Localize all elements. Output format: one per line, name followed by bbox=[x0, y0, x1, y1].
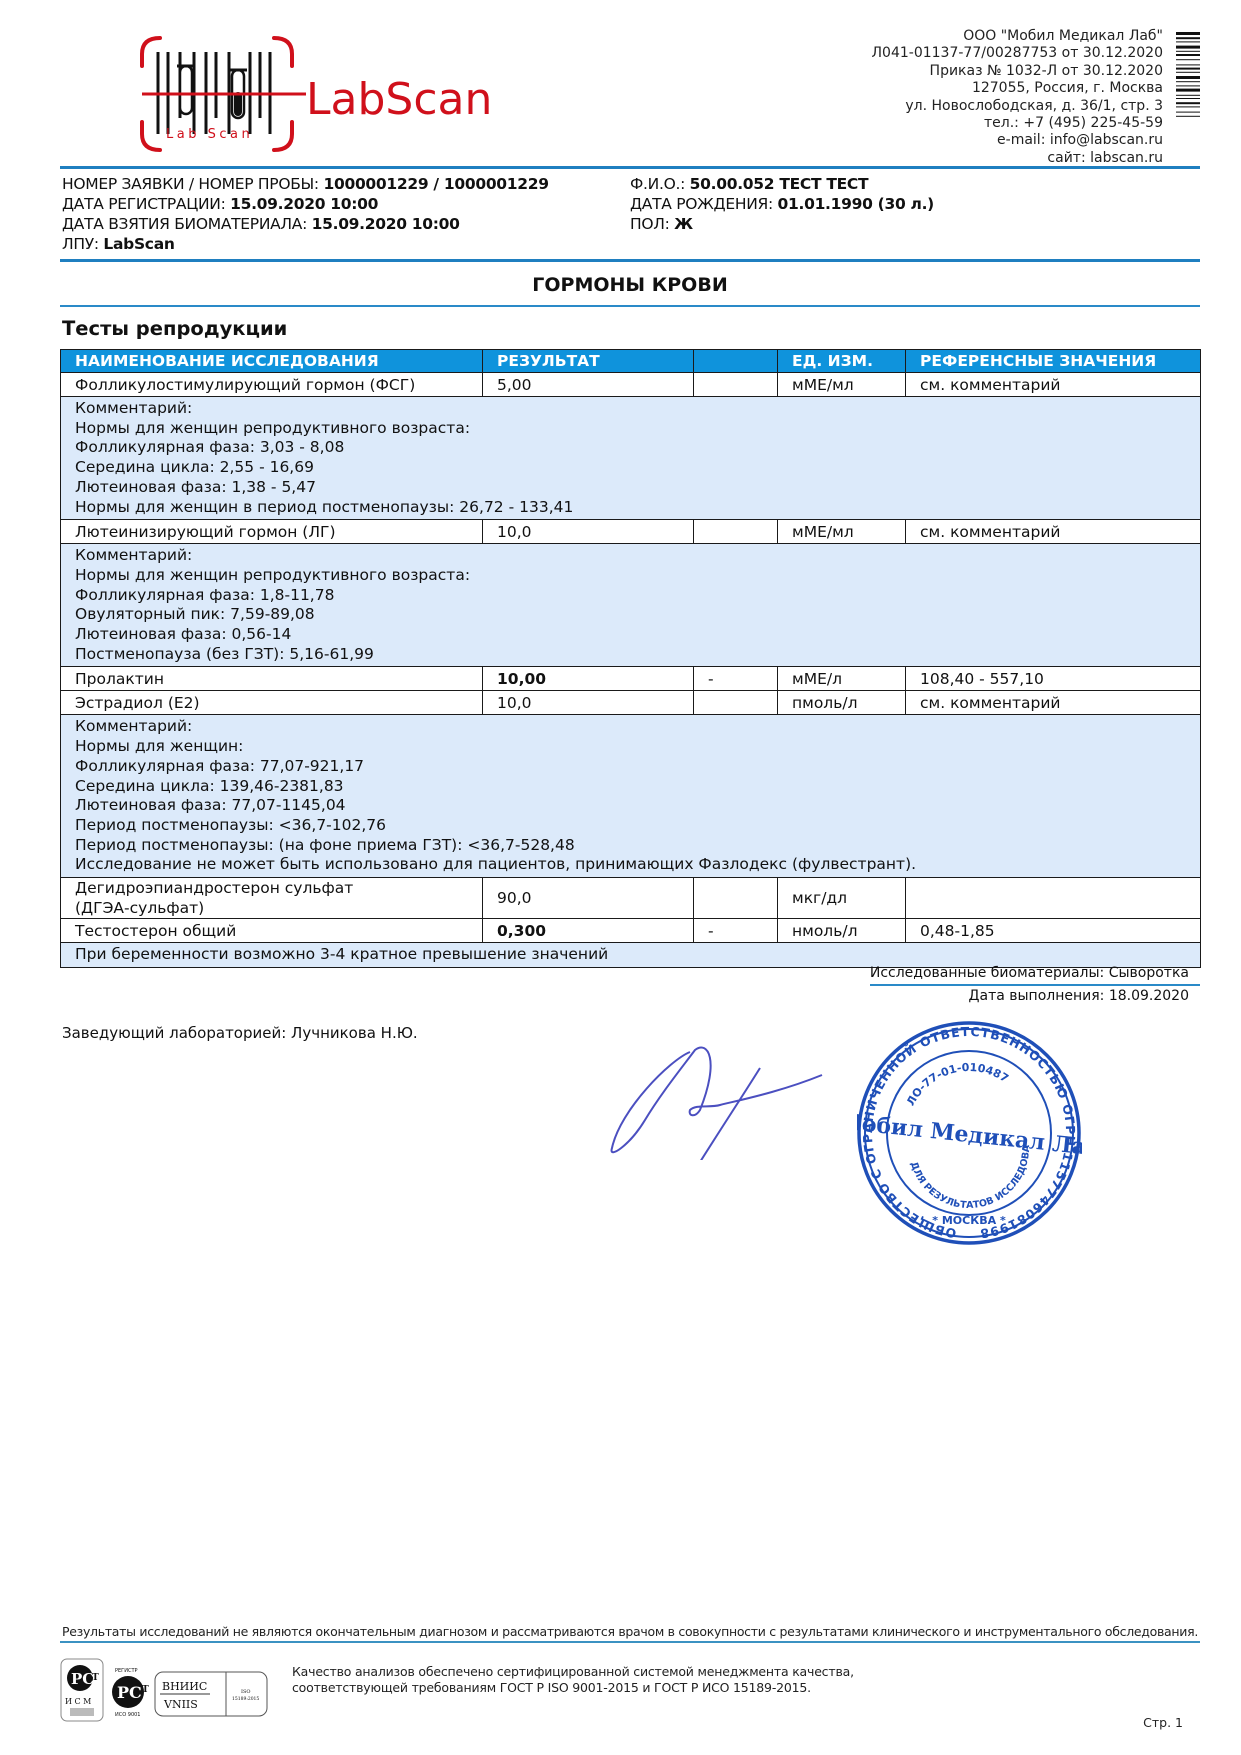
org-order: Приказ № 1032-Л от 30.12.2020 bbox=[872, 63, 1163, 80]
comment-line: Комментарий: bbox=[75, 399, 1200, 419]
patient-name-row: Ф.И.О.: 50.00.052 ТЕСТ ТЕСТ bbox=[630, 174, 934, 194]
section-title: ГОРМОНЫ КРОВИ bbox=[60, 274, 1200, 296]
comment-row: При беременности возможно 3-4 кратное пр… bbox=[61, 943, 1201, 968]
barcode-icon bbox=[1176, 32, 1200, 160]
comment-line: Лютеиновая фаза: 0,56-14 bbox=[75, 625, 1200, 645]
comment-line: Фолликулярная фаза: 3,03 - 8,08 bbox=[75, 438, 1200, 458]
org-license: Л041-01137-77/00287753 от 30.12.2020 bbox=[872, 45, 1163, 62]
registration-date-row: ДАТА РЕГИСТРАЦИИ: 15.09.2020 10:00 bbox=[62, 194, 549, 214]
results-body: Фолликулостимулирующий гормон (ФСГ)5,00м… bbox=[61, 373, 1201, 968]
svg-text:ВНИИС: ВНИИС bbox=[162, 1680, 207, 1693]
unit-cell: мкг/дл bbox=[778, 878, 906, 919]
comment-line: Комментарий: bbox=[75, 717, 1200, 737]
result-cell: 10,0 bbox=[483, 691, 694, 715]
meta-divider bbox=[60, 259, 1200, 262]
test-name-cell: Лютеинизирующий гормон (ЛГ) bbox=[61, 520, 483, 544]
gost-ism-icon: РС Т И С М bbox=[61, 1659, 103, 1721]
table-row: Эстрадиол (Е2)10,0пмоль/лсм. комментарий bbox=[61, 691, 1201, 715]
unit-cell: мМЕ/л bbox=[778, 667, 906, 691]
gost-registry-icon: РС Т РЕГИСТР ИСО 9001 bbox=[112, 1668, 149, 1718]
biomaterial-divider bbox=[870, 984, 1200, 986]
svg-text:РС: РС bbox=[71, 1670, 94, 1688]
org-email[interactable]: e-mail: info@labscan.ru bbox=[872, 132, 1163, 149]
col-header-reference: РЕФЕРЕНСНЫЕ ЗНАЧЕНИЯ bbox=[906, 350, 1201, 373]
svg-text:Т: Т bbox=[142, 1685, 149, 1695]
result-cell: 5,00 bbox=[483, 373, 694, 397]
stamp-icon: ОБЩЕСТВО С ОГРАНИЧЕННОЙ ОТВЕТСТВЕННОСТЬЮ… bbox=[857, 1018, 1082, 1248]
comment-line: Нормы для женщин репродуктивного возраст… bbox=[75, 419, 1200, 439]
svg-text:РС: РС bbox=[117, 1683, 142, 1702]
comment-line: Нормы для женщин: bbox=[75, 737, 1200, 757]
comment-cell: Комментарий:Нормы для женщин репродуктив… bbox=[61, 397, 1201, 520]
birth-date-row: ДАТА РОЖДЕНИЯ: 01.01.1990 (30 л.) bbox=[630, 194, 934, 214]
comment-line: Исследование не может быть использовано … bbox=[75, 855, 1200, 875]
comment-row: Комментарий:Нормы для женщин репродуктив… bbox=[61, 544, 1201, 667]
subsection-title: Тесты репродукции bbox=[62, 317, 287, 340]
test-name-cell: Тестостерон общий bbox=[61, 919, 483, 943]
results-table: НАИМЕНОВАНИЕ ИССЛЕДОВАНИЯ РЕЗУЛЬТАТ ЕД. … bbox=[60, 349, 1201, 968]
test-name-cell: Пролактин bbox=[61, 667, 483, 691]
table-row: Тестостерон общий0,300-нмоль/л0,48-1,85 bbox=[61, 919, 1201, 943]
comment-line: Период постменопаузы: (на фоне приема ГЗ… bbox=[75, 836, 1200, 856]
reference-cell bbox=[906, 878, 1201, 919]
comment-line: Нормы для женщин репродуктивного возраст… bbox=[75, 566, 1200, 586]
comment-line: Период постменопаузы: <36,7-102,76 bbox=[75, 816, 1200, 836]
comment-line: Нормы для женщин в период постменопаузы:… bbox=[75, 498, 1200, 518]
col-header-flag bbox=[694, 350, 778, 373]
biomaterial-note: Исследованные биоматериалы: Сыворотка bbox=[870, 965, 1189, 981]
header-divider bbox=[60, 166, 1200, 169]
comment-cell: При беременности возможно 3-4 кратное пр… bbox=[61, 943, 1201, 968]
comment-line: Середина цикла: 2,55 - 16,69 bbox=[75, 458, 1200, 478]
signature-icon bbox=[560, 1020, 830, 1160]
flag-cell bbox=[694, 520, 778, 544]
unit-cell: мМЕ/мл bbox=[778, 520, 906, 544]
col-header-name: НАИМЕНОВАНИЕ ИССЛЕДОВАНИЯ bbox=[61, 350, 483, 373]
org-name: ООО "Мобил Медикал Лаб" bbox=[872, 28, 1163, 45]
comment-line: Лютеиновая фаза: 1,38 - 5,47 bbox=[75, 478, 1200, 498]
head-of-lab: Заведующий лабораторией: Лучникова Н.Ю. bbox=[62, 1024, 418, 1042]
svg-text:И С М: И С М bbox=[65, 1697, 91, 1706]
comment-line: Комментарий: bbox=[75, 546, 1200, 566]
flag-cell bbox=[694, 691, 778, 715]
footer-divider bbox=[60, 1641, 1200, 1643]
table-row: Фолликулостимулирующий гормон (ФСГ)5,00м… bbox=[61, 373, 1201, 397]
svg-text:РЕГИСТР: РЕГИСТР bbox=[115, 1668, 138, 1674]
test-name-cell: Фолликулостимулирующий гормон (ФСГ) bbox=[61, 373, 483, 397]
section-divider bbox=[60, 305, 1200, 307]
comment-line: Фолликулярная фаза: 77,07-921,17 bbox=[75, 757, 1200, 777]
comment-row: Комментарий:Нормы для женщин:Фолликулярн… bbox=[61, 715, 1201, 878]
completion-date: Дата выполнения: 18.09.2020 bbox=[969, 988, 1189, 1004]
flag-cell: - bbox=[694, 667, 778, 691]
order-info: НОМЕР ЗАЯВКИ / НОМЕР ПРОБЫ: 1000001229 /… bbox=[62, 174, 549, 254]
col-header-result: РЕЗУЛЬТАТ bbox=[483, 350, 694, 373]
svg-text:LabScan: LabScan bbox=[306, 74, 492, 125]
comment-cell: Комментарий:Нормы для женщин:Фолликулярн… bbox=[61, 715, 1201, 878]
reference-cell: 0,48-1,85 bbox=[906, 919, 1201, 943]
labscan-logo: Lab Scan LabScan bbox=[136, 30, 506, 156]
svg-text:* МОСКВА *: * МОСКВА * bbox=[932, 1214, 1006, 1227]
patient-info: Ф.И.О.: 50.00.052 ТЕСТ ТЕСТ ДАТА РОЖДЕНИ… bbox=[630, 174, 934, 234]
result-cell: 10,0 bbox=[483, 520, 694, 544]
comment-line: Постменопауза (без ГЗТ): 5,16-61,99 bbox=[75, 645, 1200, 665]
table-row: Дегидроэпиандростерон сульфат (ДГЭА-суль… bbox=[61, 878, 1201, 919]
result-cell: 90,0 bbox=[483, 878, 694, 919]
flag-cell: - bbox=[694, 919, 778, 943]
result-cell: 0,300 bbox=[483, 919, 694, 943]
comment-row: Комментарий:Нормы для женщин репродуктив… bbox=[61, 397, 1201, 520]
unit-cell: пмоль/л bbox=[778, 691, 906, 715]
test-name-cell: Дегидроэпиандростерон сульфат (ДГЭА-суль… bbox=[61, 878, 483, 919]
org-address: ул. Новослободская, д. 36/1, стр. 3 bbox=[872, 98, 1163, 115]
reference-cell: см. комментарий bbox=[906, 373, 1201, 397]
page-number: Стр. 1 bbox=[1143, 1715, 1183, 1730]
comment-line: Фолликулярная фаза: 1,8-11,78 bbox=[75, 586, 1200, 606]
unit-cell: мМЕ/мл bbox=[778, 373, 906, 397]
svg-text:Lab Scan: Lab Scan bbox=[166, 127, 253, 142]
result-cell: 10,00 bbox=[483, 667, 694, 691]
sample-date-row: ДАТА ВЗЯТИЯ БИОМАТЕРИАЛА: 15.09.2020 10:… bbox=[62, 214, 549, 234]
svg-text:Т: Т bbox=[92, 1673, 99, 1683]
org-website[interactable]: сайт: labscan.ru bbox=[872, 150, 1163, 167]
svg-text:15189:2015: 15189:2015 bbox=[232, 1696, 259, 1702]
order-number-row: НОМЕР ЗАЯВКИ / НОМЕР ПРОБЫ: 1000001229 /… bbox=[62, 174, 549, 194]
comment-line: При беременности возможно 3-4 кратное пр… bbox=[75, 945, 1200, 965]
org-phone: тел.: +7 (495) 225-45-59 bbox=[872, 115, 1163, 132]
comment-line: Овуляторный пик: 7,59-89,08 bbox=[75, 605, 1200, 625]
logo-barcode-icon: Lab Scan LabScan bbox=[136, 30, 506, 156]
flag-cell bbox=[694, 373, 778, 397]
lpu-row: ЛПУ: LabScan bbox=[62, 234, 549, 254]
unit-cell: нмоль/л bbox=[778, 919, 906, 943]
comment-line: Середина цикла: 139,46-2381,83 bbox=[75, 777, 1200, 797]
reference-cell: см. комментарий bbox=[906, 520, 1201, 544]
vniis-iso-icon: ВНИИС VNIIS ISO 15189:2015 bbox=[155, 1672, 267, 1716]
col-header-unit: ЕД. ИЗМ. bbox=[778, 350, 906, 373]
svg-text:VNIIS: VNIIS bbox=[163, 1698, 198, 1711]
quality-line: соответствующей требованиям ГОСТ Р ISO 9… bbox=[292, 1680, 854, 1696]
certification-logos: РС Т И С М РС Т РЕГИСТР ИСО 9001 ВНИИС V… bbox=[60, 1658, 270, 1722]
svg-text:ИСО 9001: ИСО 9001 bbox=[115, 1712, 140, 1718]
reference-cell: см. комментарий bbox=[906, 691, 1201, 715]
comment-line: Лютеиновая фаза: 77,07-1145,04 bbox=[75, 796, 1200, 816]
org-city: 127055, Россия, г. Москва bbox=[872, 80, 1163, 97]
table-header-row: НАИМЕНОВАНИЕ ИССЛЕДОВАНИЯ РЕЗУЛЬТАТ ЕД. … bbox=[61, 350, 1201, 373]
reference-cell: 108,40 - 557,10 bbox=[906, 667, 1201, 691]
test-name-cell: Эстрадиол (Е2) bbox=[61, 691, 483, 715]
comment-cell: Комментарий:Нормы для женщин репродуктив… bbox=[61, 544, 1201, 667]
disclaimer: Результаты исследований не являются окон… bbox=[60, 1624, 1200, 1639]
svg-text:ISO: ISO bbox=[241, 1689, 251, 1695]
table-row: Пролактин10,00-мМЕ/л108,40 - 557,10 bbox=[61, 667, 1201, 691]
organization-details: ООО "Мобил Медикал Лаб" Л041-01137-77/00… bbox=[872, 28, 1163, 167]
flag-cell bbox=[694, 878, 778, 919]
quality-line: Качество анализов обеспечено сертифициро… bbox=[292, 1664, 854, 1680]
sex-row: ПОЛ: Ж bbox=[630, 214, 934, 234]
quality-statement: Качество анализов обеспечено сертифициро… bbox=[292, 1664, 854, 1696]
table-row: Лютеинизирующий гормон (ЛГ)10,0мМЕ/млсм.… bbox=[61, 520, 1201, 544]
